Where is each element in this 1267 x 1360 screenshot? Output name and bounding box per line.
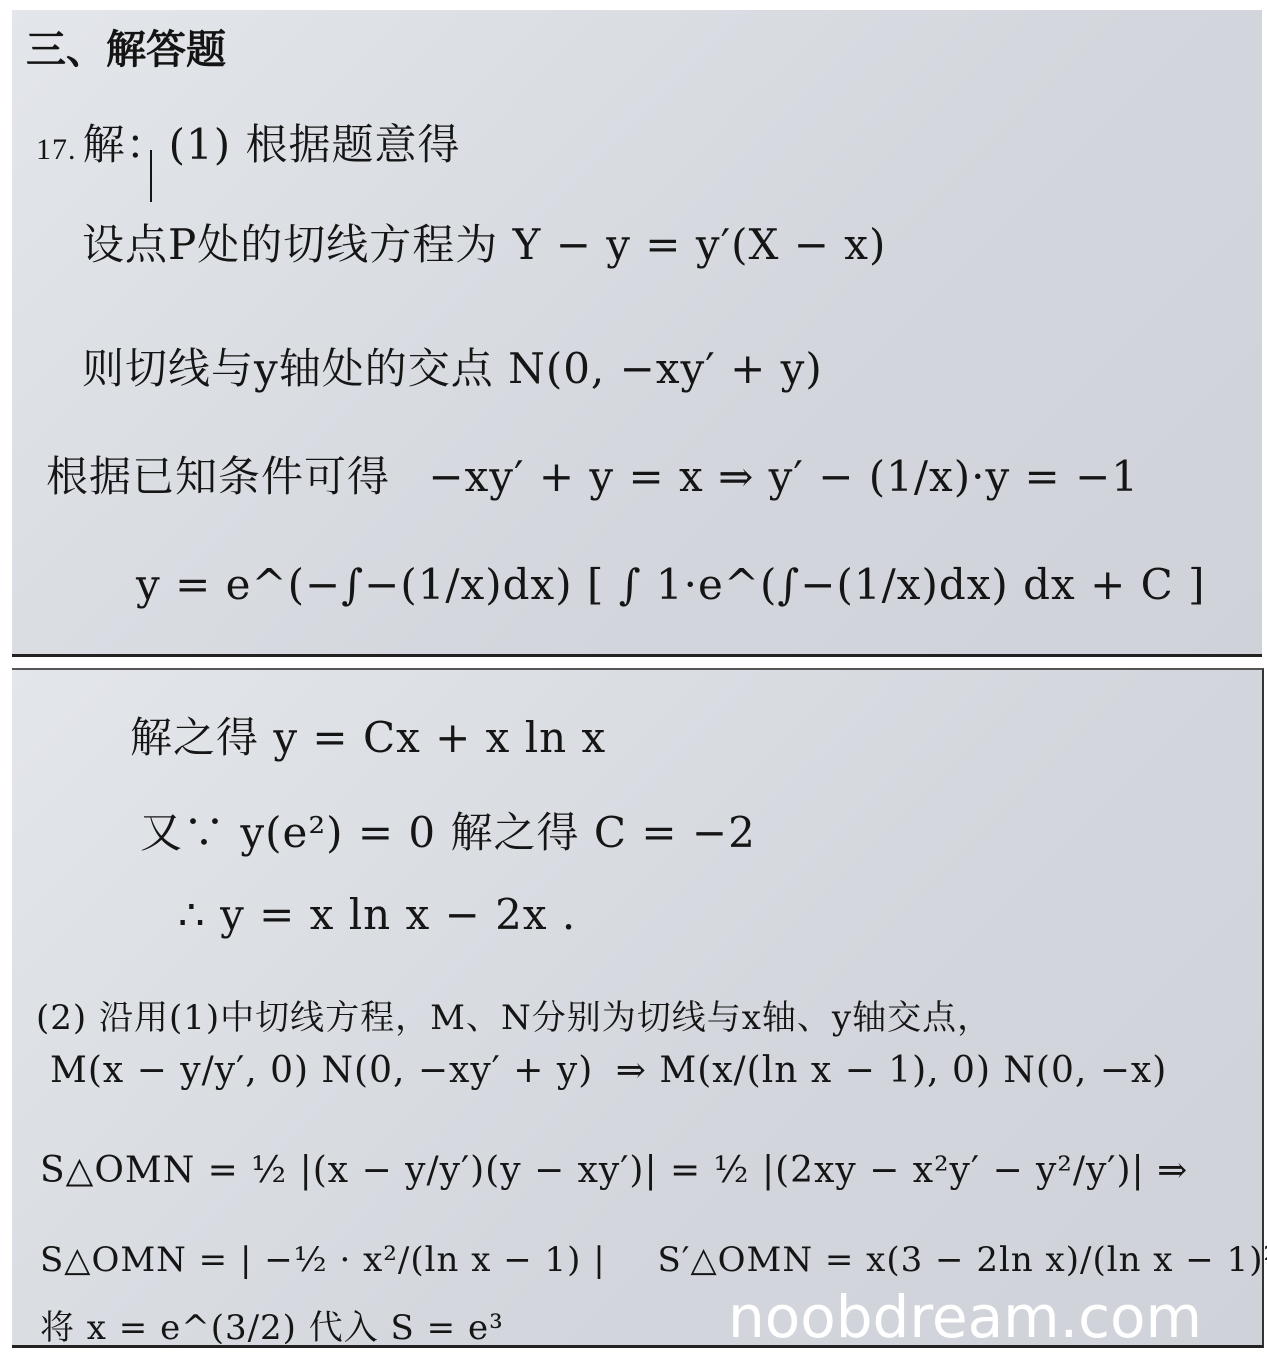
part2-line4-right: S′△OMN = x(3 − 2ln x)/(ln x − 1)² = 0 x … <box>657 1240 1267 1280</box>
part1-line4: 根据已知条件可得 −xy′ + y = x ⇒ y′ − (1/x)·y = −… <box>46 444 1139 504</box>
part2-line2: M(x − y/y′, 0) N(0, −xy′ + y) ⇒ M(x/(ln … <box>50 1050 1167 1091</box>
part2-line2-left: M(x − y/y′, 0) N(0, −xy′ + y) <box>50 1050 593 1091</box>
part2-line1: (2) 沿用(1)中切线方程，M、N分别为切线与x轴、y轴交点， <box>36 990 992 1039</box>
part2-line3-right: = ½ |(2xy − x²y′ − y²/y′)| ⇒ <box>670 1150 1188 1191</box>
watermark: noobdream.com <box>728 1283 1202 1351</box>
question-header: 17. 解：(1) 根据题意得 <box>36 112 460 172</box>
question-number: 17. <box>36 133 77 166</box>
part2-line3: S△OMN = ½ |(x − y/y′)(y − xy′)| = ½ |(2x… <box>40 1150 1188 1191</box>
part1-line6: 解之得 y = Cx + x ln x <box>130 705 606 765</box>
part1-line4-text: 根据已知条件可得 <box>46 452 390 501</box>
margin-stroke <box>150 150 152 202</box>
part1-line2: 设点P处的切线方程为 Y − y = y′(X − x) <box>82 212 886 272</box>
part1-line5: y = e^(−∫−(1/x)dx) [ ∫ 1·e^(∫−(1/x)dx) d… <box>136 560 1205 609</box>
part2-line2-right: ⇒ M(x/(ln x − 1), 0) N(0, −x) <box>616 1050 1168 1091</box>
part2-line3-left: S△OMN = ½ |(x − y/y′)(y − xy′)| <box>40 1150 658 1191</box>
part1-line1: 解：(1) 根据题意得 <box>83 120 461 169</box>
part1-line3: 则切线与y轴处的交点 N(0, −xy′ + y) <box>82 336 823 396</box>
part2-line5: 将 x = e^(3/2) 代入 S = e³ <box>40 1300 504 1349</box>
part2-line4: S△OMN = | −½ · x²/(ln x − 1) | S′△OMN = … <box>40 1240 1267 1280</box>
part1-line4-math: −xy′ + y = x ⇒ y′ − (1/x)·y = −1 <box>428 452 1139 501</box>
part1-line7: 又∵ y(e²) = 0 解之得 C = −2 <box>140 800 756 860</box>
section-title: 三、解答题 <box>26 18 226 75</box>
part1-line8: ∴ y = x ln x − 2x . <box>178 890 576 939</box>
part2-line4-left: S△OMN = | −½ · x²/(ln x − 1) | <box>40 1240 606 1280</box>
